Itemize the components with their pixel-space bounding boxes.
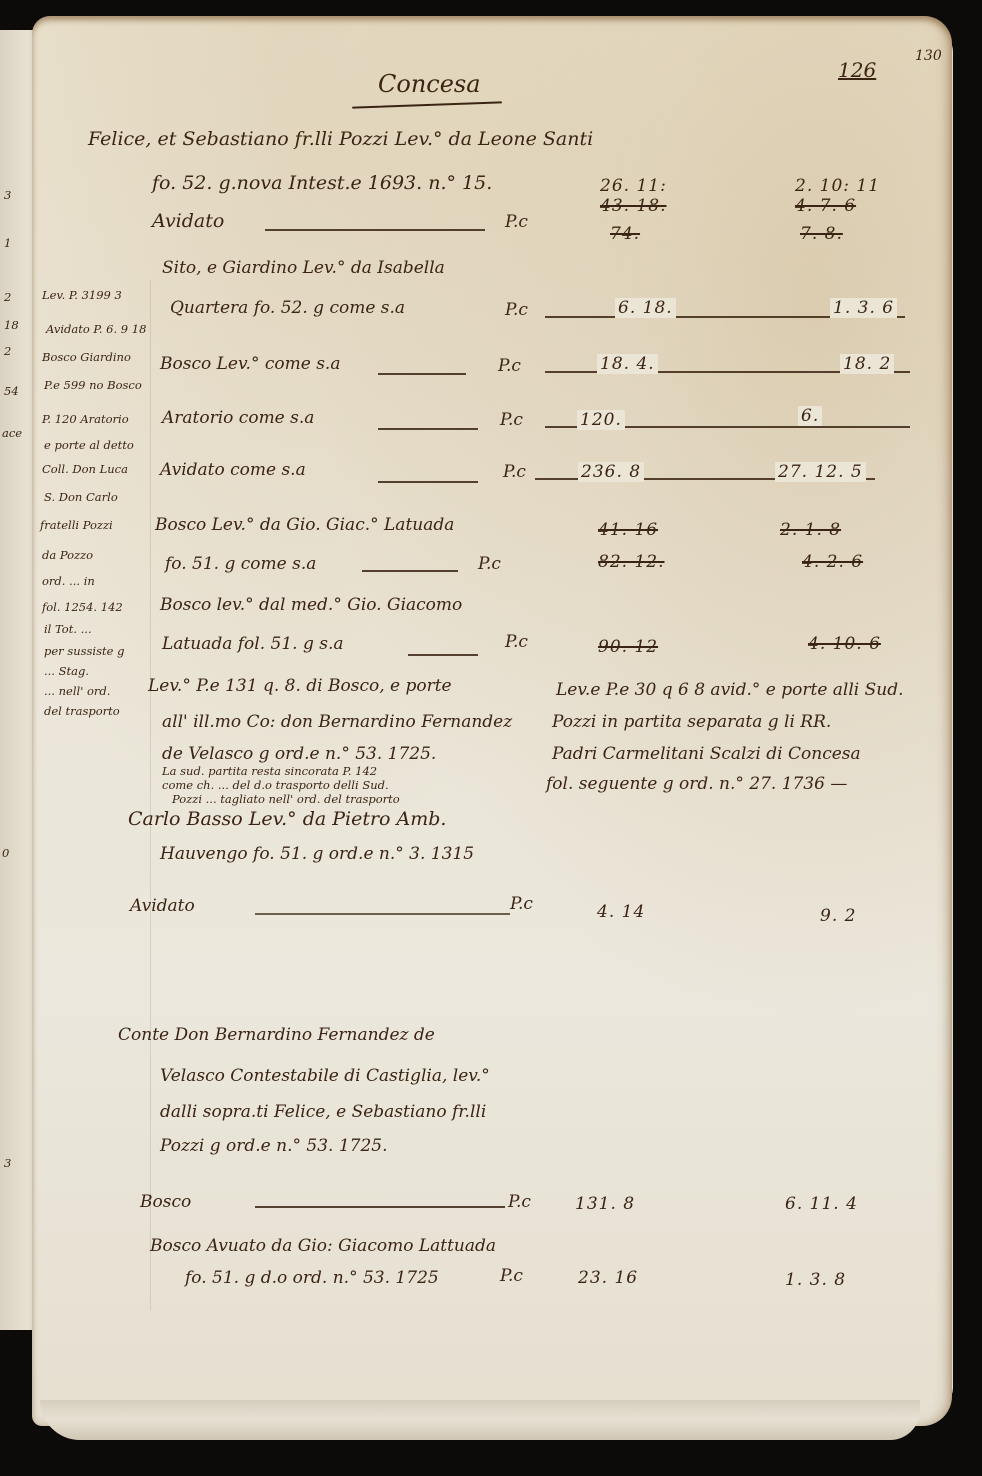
value: 23. 16 — [578, 1268, 638, 1288]
folio-number: 126 — [838, 58, 876, 82]
left-fragment: 3 — [4, 1156, 11, 1170]
row-label: Avidato come s.a — [160, 460, 306, 480]
unit-label: P.c — [498, 356, 521, 376]
value: 18. 4. — [597, 354, 658, 374]
row-label: Avidato — [130, 896, 195, 916]
margin-line — [150, 280, 151, 1310]
unit-label: P.c — [500, 1266, 523, 1286]
unit-label: P.c — [508, 1192, 531, 1212]
left-fragment: ace — [2, 426, 22, 440]
margin-note: P.e 599 no Bosco — [44, 378, 142, 392]
unit-label: P.c — [510, 894, 533, 914]
margin-note: fol. 1254. 142 — [42, 600, 123, 614]
value: 9. 2 — [820, 906, 856, 926]
margin-note: ord. ... in — [42, 574, 95, 588]
value: 6. 18. — [615, 298, 676, 318]
row-label: Bosco — [140, 1192, 191, 1212]
entry-heading: Carlo Basso Lev.° da Pietro Amb. — [128, 808, 446, 830]
entry-heading: Bosco Lev.° da Gio. Giac.° Latuada — [155, 515, 454, 535]
margin-note: del trasporto — [44, 704, 120, 718]
value: 236. 8 — [578, 462, 644, 482]
value: 4. 10. 6 — [808, 634, 881, 654]
value-struck: 2. 1. 8 — [780, 520, 841, 540]
entry-heading: Latuada fol. 51. g s.a — [162, 634, 344, 654]
unit-label: P.c — [478, 554, 501, 574]
value: 74. — [610, 224, 640, 244]
left-fragment: 54 — [4, 384, 19, 398]
page-title: Concesa — [378, 70, 481, 98]
left-fragment: 18 — [4, 318, 19, 332]
row-label: Aratorio come s.a — [162, 408, 314, 428]
left-fragment: 1 — [4, 236, 11, 250]
unit-label: P.c — [505, 632, 528, 652]
row-label: Quartera fo. 52. g come s.a — [170, 298, 405, 318]
margin-note: ... nell' ord. — [44, 684, 110, 698]
left-fragment: 2 — [4, 344, 11, 358]
rule — [362, 570, 458, 572]
rule — [255, 1206, 505, 1208]
margin-note: S. Don Carlo — [44, 490, 118, 504]
value: 6. 11. 4 — [785, 1194, 858, 1214]
value: 131. 8 — [575, 1194, 635, 1214]
margin-note: Lev. P. 3199 3 — [42, 288, 122, 302]
value: 4. 14 — [597, 902, 645, 922]
row-label: Bosco Lev.° come s.a — [160, 354, 340, 374]
margin-note: ... Stag. — [44, 664, 89, 678]
left-fragment: 2 — [4, 290, 11, 304]
margin-note: il Tot. ... — [44, 622, 92, 636]
value: 7. 8. — [800, 224, 843, 244]
note-line: Pozzi ... tagliato nell' ord. del traspo… — [172, 792, 400, 806]
margin-note: fratelli Pozzi — [40, 518, 113, 532]
margin-note: da Pozzo — [42, 548, 93, 562]
rule — [255, 913, 510, 915]
margin-note: Bosco Giardino — [42, 350, 131, 364]
margin-note: per sussiste g — [44, 644, 124, 658]
value-top: 2. 10: 11 — [795, 176, 880, 196]
rule — [265, 229, 485, 231]
entry-heading: Velasco Contestabile di Castiglia, lev.° — [160, 1066, 490, 1086]
value: 27. 12. 5 — [775, 462, 866, 482]
margin-note: P. 120 Aratorio — [42, 412, 129, 426]
value: 4. 2. 6 — [802, 552, 863, 572]
note-line: Lev.e P.e 30 q 6 8 avid.° e porte alli S… — [556, 680, 904, 700]
entry-heading: dalli sopra.ti Felice, e Sebastiano fr.l… — [160, 1102, 486, 1122]
bottom-page-edge — [40, 1400, 920, 1440]
unit-label: P.c — [503, 462, 526, 482]
value: 90. 12 — [598, 637, 658, 657]
note-line: fol. seguente g ord. n.° 27. 1736 — — [546, 774, 847, 794]
margin-note: Avidato P. 6. 9 18 — [46, 322, 146, 336]
unit-label: P.c — [505, 300, 528, 320]
entry-heading: fo. 52. g.nova Intest.e 1693. n.° 15. — [152, 172, 492, 194]
entry-heading: Pozzi g ord.e n.° 53. 1725. — [160, 1136, 388, 1156]
entry-heading: Sito, e Giardino Lev.° da Isabella — [162, 258, 445, 278]
unit-label: P.c — [505, 212, 528, 232]
rule — [378, 373, 466, 375]
rule — [408, 654, 478, 656]
note-line: La sud. partita resta sincorata P. 142 — [162, 764, 377, 778]
note-line: de Velasco g ord.e n.° 53. 1725. — [162, 744, 436, 764]
note-line: come ch. ... del d.o trasporto delli Sud… — [162, 778, 389, 792]
entry-heading: Hauvengo fo. 51. g ord.e n.° 3. 1315 — [160, 844, 474, 864]
entry-heading: Conte Don Bernardino Fernandez de — [118, 1025, 435, 1045]
entry-heading: Bosco lev.° dal med.° Gio. Giacomo — [160, 595, 462, 615]
note-line: Pozzi in partita separata g li RR. — [552, 712, 831, 732]
rule — [378, 428, 478, 430]
value-top: 26. 11: — [600, 176, 667, 196]
value: 120. — [577, 410, 625, 430]
value: 1. 3. 8 — [785, 1270, 846, 1290]
value-struck: 4. 7. 6 — [795, 196, 856, 216]
unit-label: P.c — [500, 410, 523, 430]
value-struck: 43. 18. — [600, 196, 666, 216]
left-fragment: 3 — [4, 188, 11, 202]
note-line: Lev.° P.e 131 q. 8. di Bosco, e porte — [148, 676, 452, 696]
value: 6. — [798, 406, 822, 426]
row-label: fo. 51. g d.o ord. n.° 53. 1725 — [185, 1268, 439, 1288]
entry-heading: fo. 51. g come s.a — [165, 554, 316, 574]
value: 18. 2 — [840, 354, 894, 374]
margin-note: e porte al detto — [44, 438, 134, 452]
rule — [378, 481, 478, 483]
margin-note: Coll. Don Luca — [42, 462, 128, 476]
row-label: Avidato — [152, 210, 224, 232]
note-line: all' ill.mo Co: don Bernardino Fernandez — [162, 712, 512, 732]
value: 1. 3. 6 — [830, 298, 897, 318]
folio-number-alt: 130 — [915, 48, 942, 64]
value: 82. 12. — [598, 552, 664, 572]
row-label: Bosco Avuato da Gio: Giacomo Lattuada — [150, 1236, 496, 1256]
value-struck: 41. 16 — [598, 520, 658, 540]
note-line: Padri Carmelitani Scalzi di Concesa — [552, 744, 861, 764]
left-fragment: 0 — [2, 846, 9, 860]
entry-heading: Felice, et Sebastiano fr.lli Pozzi Lev.°… — [88, 128, 593, 150]
